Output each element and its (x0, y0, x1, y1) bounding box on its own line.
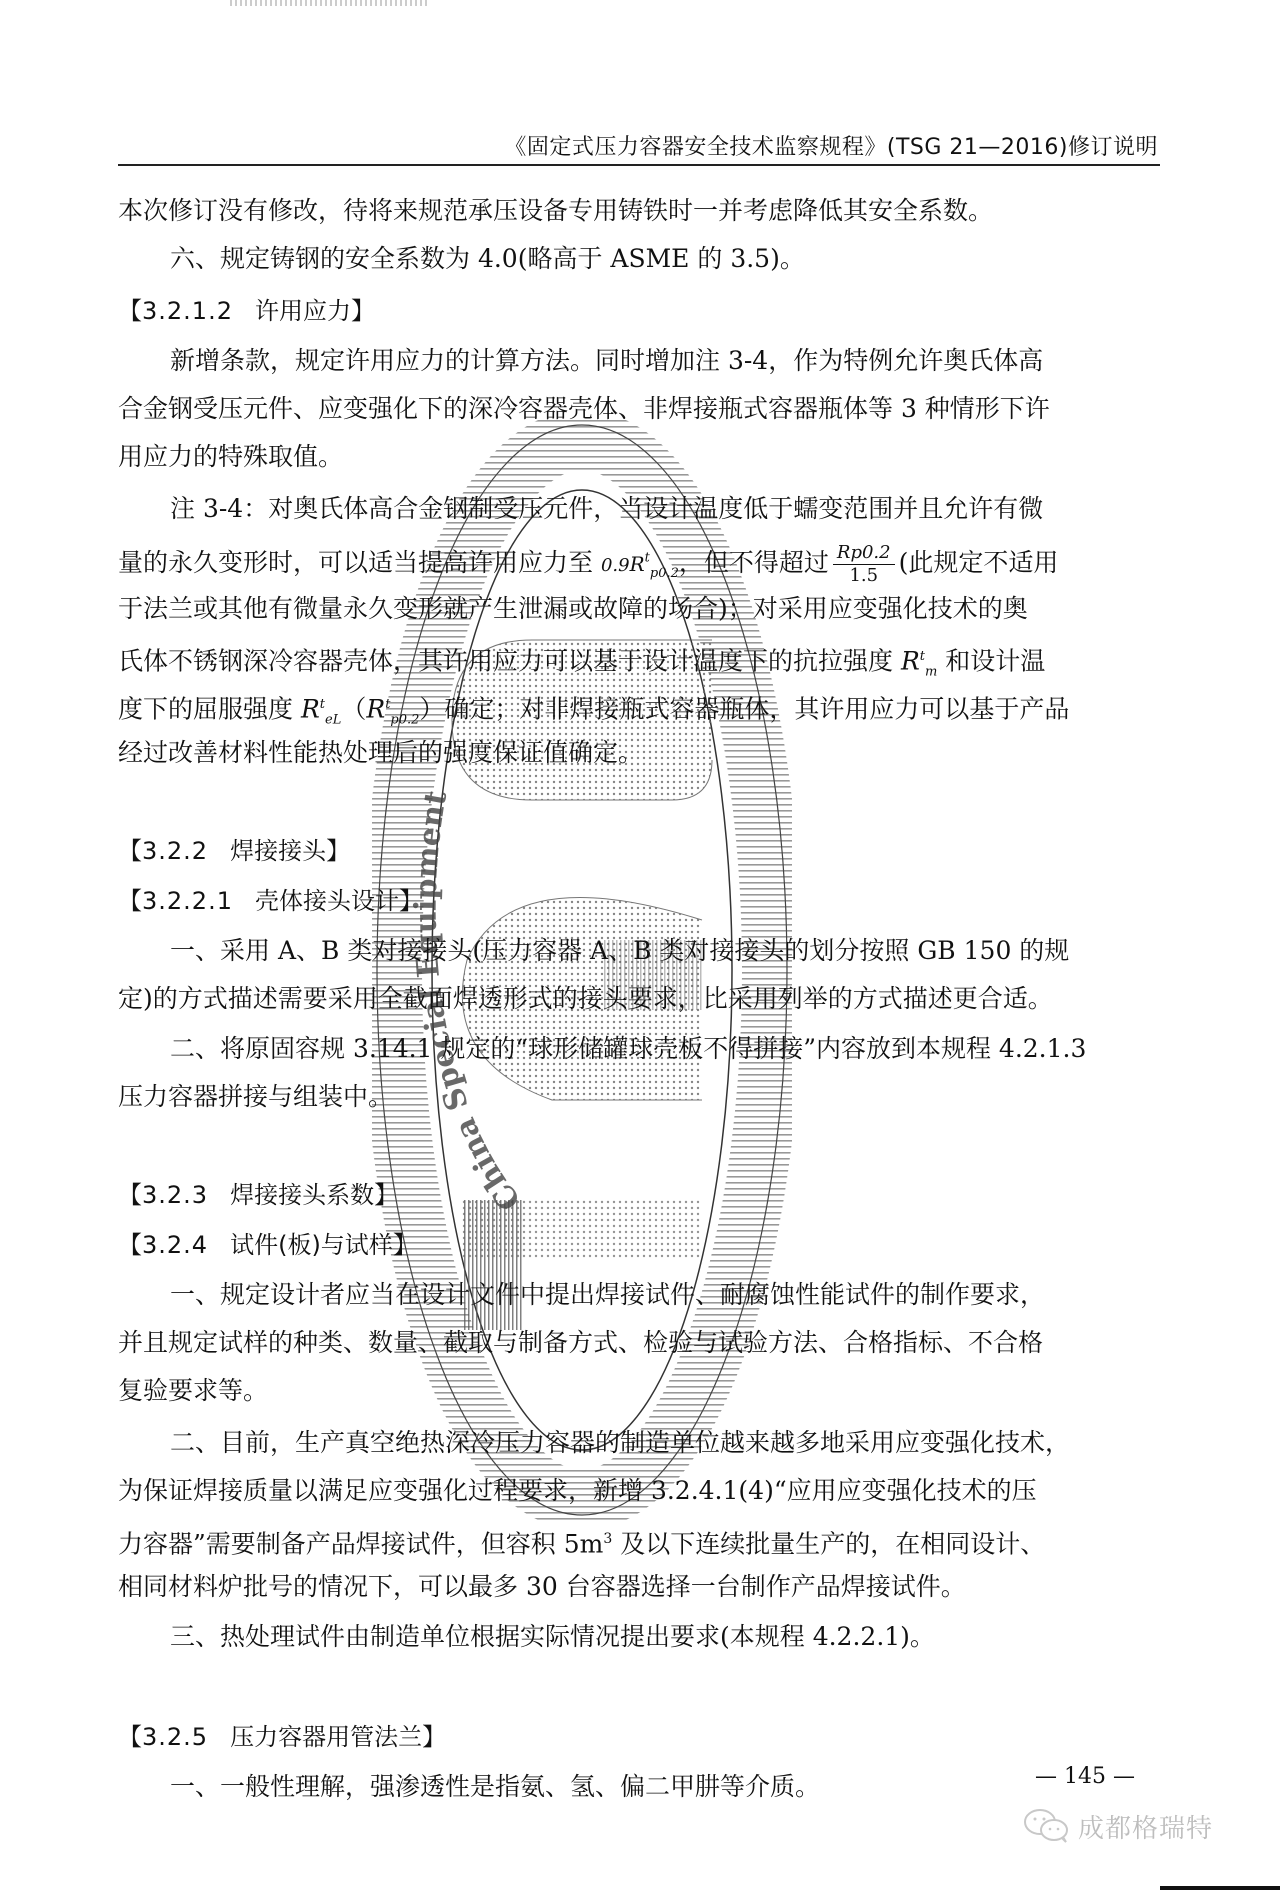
section-heading-3-2-5: 【3.2.5压力容器用管法兰】 (118, 1722, 1160, 1752)
paragraph: 二、目前，生产真空绝热深冷压力容器的制造单位越来越多地采用应变强化技术， (118, 1428, 1160, 1458)
section-heading-3-2-2: 【3.2.2焊接接头】 (118, 836, 1160, 866)
section-heading-3-2-1-2: 【3.2.1.2许用应力】 (118, 296, 1160, 326)
paragraph: 本次修订没有修改，待将来规范承压设备专用铸铁时一并考虑降低其安全系数。 (118, 196, 1160, 226)
scan-edge (1160, 1886, 1280, 1890)
paragraph: 一、一般性理解，强渗透性是指氨、氢、偏二甲肼等介质。 (118, 1772, 1160, 1802)
note-3-4-line: 于法兰或其他有微量永久变形就产生泄漏或故障的场合)；对采用应变强化技术的奥 (118, 594, 1160, 624)
paragraph: 并且规定试样的种类、数量、截取与制备方式、检验与试验方法、合格指标、不合格 (118, 1328, 1160, 1358)
paragraph: 三、热处理试件由制造单位根据实际情况提出要求(本规程 4.2.2.1)。 (118, 1622, 1160, 1652)
section-heading-3-2-3: 【3.2.3焊接接头系数】 (118, 1180, 1160, 1210)
paragraph: 新增条款，规定许用应力的计算方法。同时增加注 3-4，作为特例允许奥氏体高 (118, 346, 1160, 376)
paragraph: 合金钢受压元件、应变强化下的深冷容器壳体、非焊接瓶式容器瓶体等 3 种情形下许 (118, 394, 1160, 424)
wechat-account-name: 成都格瑞特 (1078, 1808, 1213, 1845)
wechat-icon (1022, 1808, 1072, 1844)
paragraph: 为保证焊接质量以满足应变强化过程要求，新增 3.2.4.1(4)“应用应变强化技… (118, 1476, 1160, 1506)
note-3-4-line: 量的永久变形时，可以适当提高许用应力至 0.9Rtp0.2，但不得超过Rp0.2… (118, 542, 1160, 589)
paragraph: 一、规定设计者应当在设计文件中提出焊接试件、耐腐蚀性能试件的制作要求， (118, 1280, 1160, 1310)
document-page: 《固定式压力容器安全技术监察规程》(TSG 21—2016)修订说明 (0, 0, 1280, 1892)
page-number: — 145 — (1035, 1764, 1135, 1789)
paragraph: 相同材料炉批号的情况下，可以最多 30 台容器选择一台制作产品焊接试件。 (118, 1572, 1160, 1602)
scan-artifact (230, 0, 430, 6)
paragraph: 定)的方式描述需要采用全截面焊透形式的接头要求，比采用列举的方式描述更合适。 (118, 984, 1160, 1014)
note-3-4-line: 度下的屈服强度 RteL（Rtp0.2）确定；对非焊接瓶式容器瓶体，其许用应力可… (118, 690, 1160, 735)
section-heading-3-2-2-1: 【3.2.2.1壳体接头设计】 (118, 886, 1160, 916)
running-header: 《固定式压力容器安全技术监察规程》(TSG 21—2016)修订说明 (118, 126, 1160, 166)
section-heading-3-2-4: 【3.2.4试件(板)与试样】 (118, 1230, 1160, 1260)
note-3-4-line: 经过改善材料性能热处理后的强度保证值确定。 (118, 738, 1160, 768)
paragraph: 力容器”需要制备产品焊接试件，但容积 5m3 及以下连续批量生产的，在相同设计、 (118, 1524, 1160, 1559)
paragraph: 六、规定铸钢的安全系数为 4.0(略高于 ASME 的 3.5)。 (118, 244, 1160, 274)
header-title: 《固定式压力容器安全技术监察规程》(TSG 21—2016)修订说明 (504, 130, 1158, 161)
header-rule (118, 164, 1160, 166)
paragraph: 压力容器拼接与组装中。 (118, 1082, 1160, 1112)
paragraph: 复验要求等。 (118, 1376, 1160, 1406)
paragraph: 一、采用 A、B 类对接接头(压力容器 A、B 类对接接头的划分按照 GB 15… (118, 936, 1160, 966)
note-3-4: 注 3-4：对奥氏体高合金钢制受压元件，当设计温度低于蠕变范围并且允许有微 (118, 494, 1160, 524)
paragraph: 用应力的特殊取值。 (118, 442, 1160, 472)
paragraph: 二、将原固容规 3.14.1 规定的“球形储罐球壳板不得拼接”内容放到本规程 4… (118, 1034, 1160, 1064)
fraction-rp02-over-1-5: Rp0.21.5 (833, 542, 895, 587)
note-3-4-line: 氏体不锈钢深冷容器壳体，其许用应力可以基于设计温度下的抗拉强度 Rtm 和设计温 (118, 642, 1160, 687)
wechat-account-badge: 成都格瑞特 (1022, 1806, 1213, 1846)
